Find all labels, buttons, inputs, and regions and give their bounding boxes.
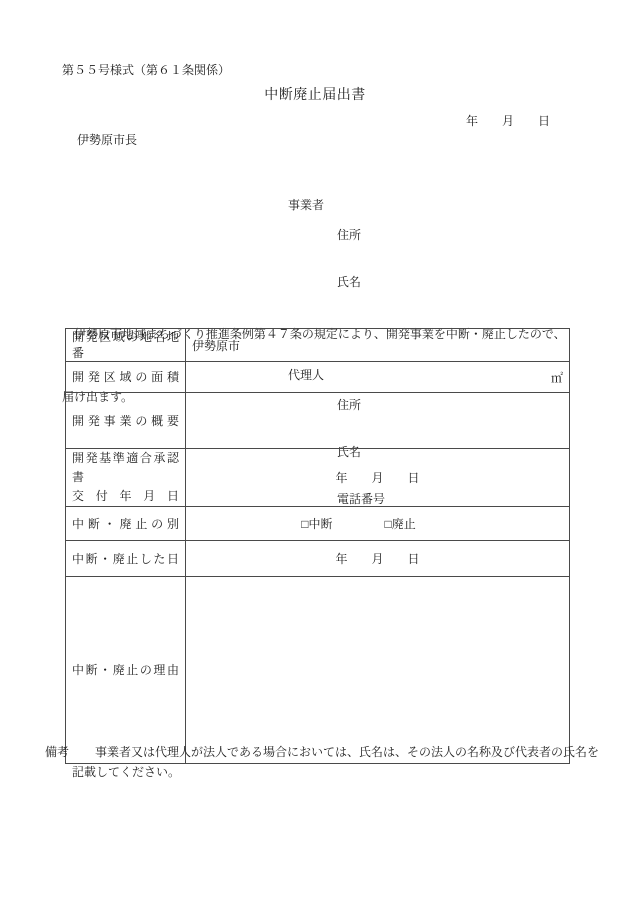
suspension-abolition-type-label-cell: 中断・廃止の別: [66, 507, 186, 541]
table-row: 開発事業の概要: [66, 393, 570, 449]
form-table: 開発区域の地名地番 伊勢原市 開発区域の面積 ㎡ 開発事業の概要: [65, 328, 570, 764]
suspension-abolition-type-label: 中断・廃止の別: [72, 516, 179, 532]
suspension-abolition-reason-value-cell[interactable]: [186, 577, 570, 764]
table-row: 中断・廃止の別 □中断 □廃止: [66, 507, 570, 541]
project-summary-label: 開発事業の概要: [72, 413, 179, 429]
checkbox-abolition[interactable]: □廃止: [385, 515, 416, 532]
development-area-size-label-cell: 開発区域の面積: [66, 362, 186, 393]
checkbox-suspension[interactable]: □中断: [301, 515, 332, 532]
business-operator-address-label: 住所: [337, 227, 361, 244]
document-title: 中断廃止届出書: [0, 87, 630, 105]
table-row: 開発基準適合承認書 交付年月日 年 月 日: [66, 449, 570, 507]
approval-certificate-date-label-cell: 開発基準適合承認書 交付年月日: [66, 449, 186, 507]
suspension-abolition-date-value-cell[interactable]: 年 月 日: [186, 541, 570, 577]
table-row: 開発区域の地名地番 伊勢原市: [66, 329, 570, 362]
development-area-address-value-cell[interactable]: 伊勢原市: [186, 329, 570, 362]
document-page: 第５５号様式（第６１条関係） 中断廃止届出書 年 月 日 伊勢原市長 事業者 住…: [0, 0, 630, 903]
suspension-abolition-date-label-cell: 中断・廃止した日: [66, 541, 186, 577]
suspension-abolition-date-label: 中断・廃止した日: [72, 551, 179, 567]
project-summary-label-cell: 開発事業の概要: [66, 393, 186, 449]
submission-date-placeholder[interactable]: 年 月 日: [466, 113, 550, 129]
addressee: 伊勢原市長: [77, 132, 137, 148]
suspension-abolition-reason-label: 中断・廃止の理由: [72, 662, 179, 678]
square-meter-unit: ㎡: [551, 371, 563, 385]
approval-certificate-label-line1: 開発基準適合承認書: [72, 449, 179, 487]
table-row: 中断・廃止した日 年 月 日: [66, 541, 570, 577]
suspension-abolition-type-value-cell: □中断 □廃止: [186, 507, 570, 541]
development-area-address-label-cell: 開発区域の地名地番: [66, 329, 186, 362]
project-summary-value-cell[interactable]: [186, 393, 570, 449]
approval-certificate-label-line2: 交付年月日: [72, 487, 179, 506]
form-number: 第５５号様式（第６１条関係）: [62, 62, 230, 78]
approval-certificate-date-value-cell[interactable]: 年 月 日: [186, 449, 570, 507]
table-row: 中断・廃止の理由: [66, 577, 570, 764]
development-area-address-label: 開発区域の地名地番: [72, 329, 179, 361]
business-operator-label: 事業者: [288, 197, 324, 214]
development-area-size-value-cell[interactable]: ㎡: [186, 362, 570, 393]
suspension-abolition-reason-label-cell: 中断・廃止の理由: [66, 577, 186, 764]
remarks-line-2: 記載してください。: [72, 764, 180, 781]
remarks-line-1: 事業者又は代理人が法人である場合においては、氏名は、その法人の名称及び代表者の氏…: [95, 744, 599, 761]
development-area-size-label: 開発区域の面積: [72, 369, 179, 385]
remarks-label: 備考: [45, 744, 69, 761]
table-row: 開発区域の面積 ㎡: [66, 362, 570, 393]
